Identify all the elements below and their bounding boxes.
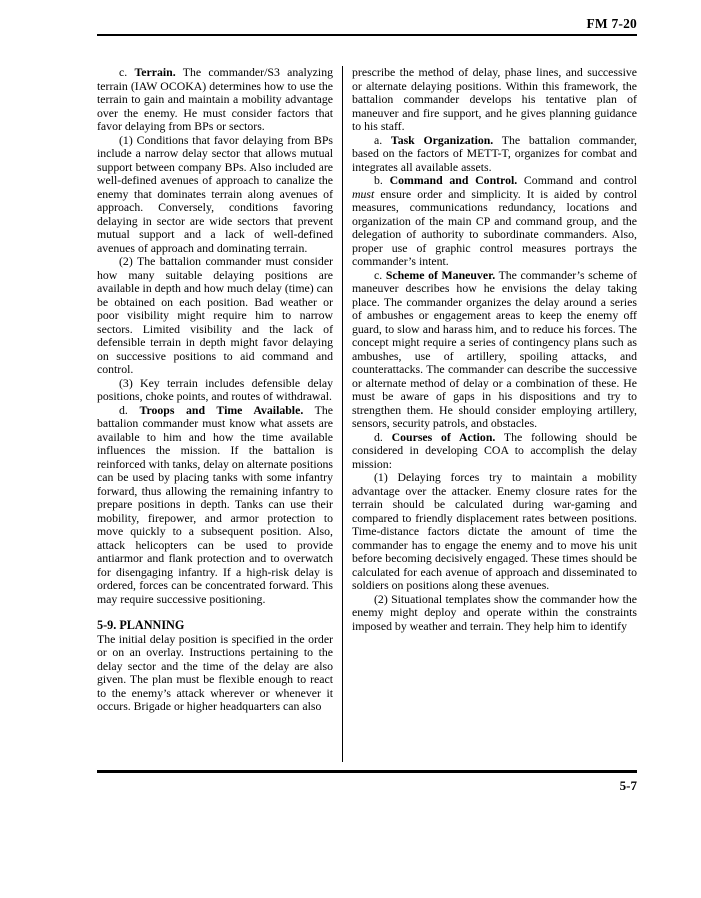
- paragraph: (2) The battalion commander must conside…: [97, 255, 333, 377]
- header-rule: [97, 34, 637, 36]
- paragraph: c. Terrain. The commander/S3 analyzing t…: [97, 66, 333, 134]
- section-heading: 5-9. PLANNING: [97, 619, 333, 633]
- paragraph: b. Command and Control. Command and cont…: [352, 174, 637, 269]
- page-number: 5-7: [97, 778, 637, 794]
- paragraph: prescribe the method of delay, phase lin…: [352, 66, 637, 134]
- paragraph: (3) Key terrain includes defensible dela…: [97, 377, 333, 404]
- paragraph: (2) Situational templates show the comma…: [352, 593, 637, 634]
- paragraph: c. Scheme of Maneuver. The commander’s s…: [352, 269, 637, 431]
- paragraph: d. Courses of Action. The following shou…: [352, 431, 637, 472]
- paragraph: (1) Delaying forces try to maintain a mo…: [352, 471, 637, 593]
- page-header: FM 7-20: [97, 0, 637, 36]
- paragraph: The initial delay position is specified …: [97, 633, 333, 714]
- right-column: prescribe the method of delay, phase lin…: [343, 66, 637, 762]
- footer-rule: [97, 770, 637, 773]
- paragraph: d. Troops and Time Available. The battal…: [97, 404, 333, 607]
- two-column-body: c. Terrain. The commander/S3 analyzing t…: [97, 66, 637, 762]
- document-page: FM 7-20 c. Terrain. The commander/S3 ana…: [0, 0, 701, 898]
- left-column: c. Terrain. The commander/S3 analyzing t…: [97, 66, 342, 762]
- paragraph: (1) Conditions that favor delaying from …: [97, 134, 333, 256]
- paragraph: a. Task Organization. The battalion comm…: [352, 134, 637, 175]
- manual-number: FM 7-20: [97, 0, 637, 32]
